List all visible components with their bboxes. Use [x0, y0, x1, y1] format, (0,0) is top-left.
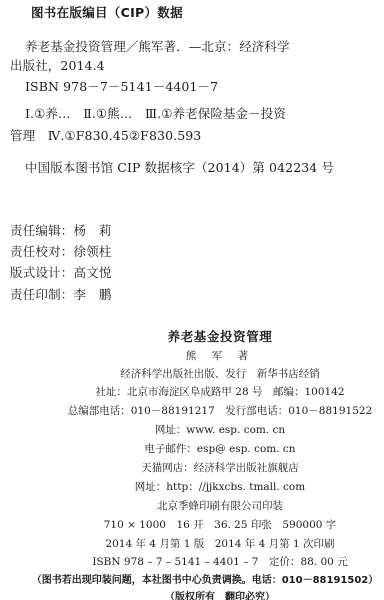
rights-line: （版权所有 翻印必究）: [0, 593, 384, 600]
publisher-line: 经济科学出版社出版、发行 新华书店经销: [0, 369, 384, 380]
cip-line-publisher: 出版社，2014.4: [10, 60, 105, 73]
book-title: 养老基金投资管理: [0, 331, 384, 344]
email-line: 电子邮件：esp@ esp. com. cn: [0, 444, 384, 455]
credit-label: 责任校对：: [10, 244, 74, 259]
credit-layout-designer: 版式设计：高文悦: [10, 267, 112, 280]
website-line: 网址：www. esp. com. cn: [0, 425, 384, 436]
tmall-store-line: 天猫网店：经济科学出版社旗舰店: [0, 463, 384, 474]
credit-editor: 责任编辑：杨 莉: [10, 225, 112, 238]
cip-line-isbn: ISBN 978－7－5141－4401－7: [25, 81, 218, 94]
credit-label: 版式设计：: [10, 265, 74, 280]
cip-line-classification-cont: 管理 Ⅳ.①F830.45②F830.593: [10, 130, 201, 143]
credit-name: 李 鹏: [74, 287, 112, 302]
edition-line: 2014 年 4 月第 1 版 2014 年 4 月第 1 次印刷: [0, 539, 384, 550]
notice-line: （图书若出现印装问题，本社图书中心负责调换。电话：010－88191502）: [0, 576, 384, 586]
cip-line-classification: Ⅰ.①养… Ⅱ.①熊… Ⅲ.①养老保险基金－投资: [25, 108, 286, 121]
credit-proofreader: 责任校对：徐领柱: [10, 246, 112, 259]
printer-line: 北京季蜂印刷有限公司印装: [0, 501, 384, 512]
isbn-price-line: ISBN 978 – 7 – 5141 – 4401 – 7 定价：88. 00…: [0, 557, 384, 568]
credit-printing: 责任印制：李 鹏: [10, 289, 112, 302]
cip-line-title: 养老基金投资管理／熊军著．—北京：经济科学: [25, 41, 290, 54]
address-line: 社址：北京市海淀区阜成路甲 28 号 邮编：100142: [0, 387, 384, 398]
phone-line: 总编部电话：010－88191217 发行部电话：010－88191522: [0, 406, 384, 417]
book-author: 熊 军 著: [0, 351, 384, 362]
credit-label: 责任编辑：: [10, 223, 74, 238]
credit-name: 高文悦: [74, 265, 112, 280]
tmall-url-line: 网址：http：//jjkxcbs. tmall. com: [0, 482, 384, 493]
credit-name: 杨 莉: [74, 223, 112, 238]
credit-label: 责任印制：: [10, 287, 74, 302]
cip-heading: 图书在版编目（CIP）数据: [31, 7, 183, 20]
format-line: 710 × 1000 16 开 36. 25 印张 590000 字: [0, 520, 384, 531]
cip-line-record-number: 中国版本图书馆 CIP 数据核字（2014）第 042234 号: [25, 162, 334, 175]
credit-name: 徐领柱: [74, 244, 112, 259]
